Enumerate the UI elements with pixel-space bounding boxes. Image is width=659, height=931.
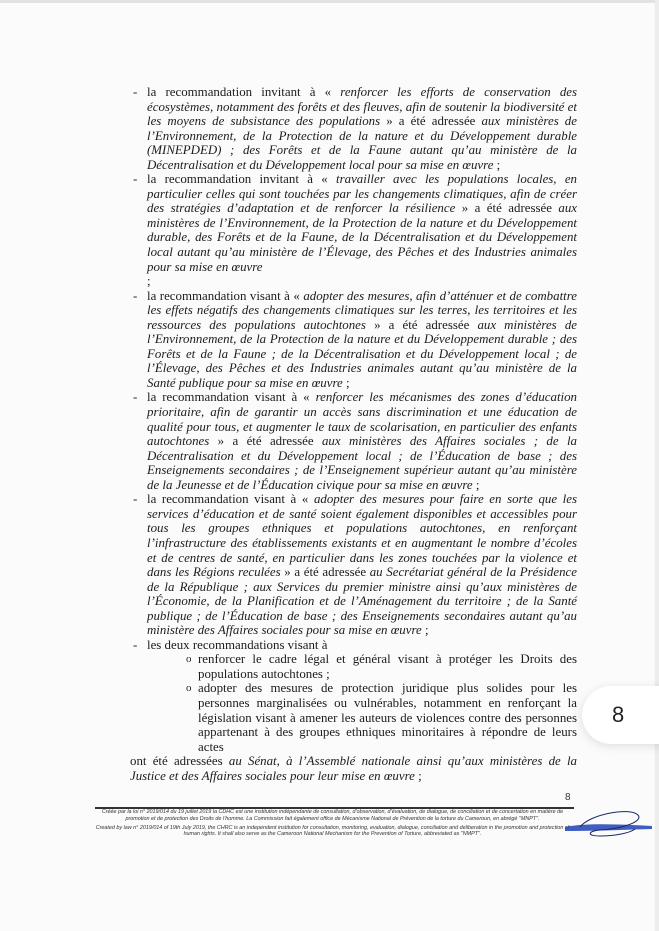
rec-tail: ;	[343, 376, 350, 390]
recommendation-item: la recommandation invitant à « renforcer…	[130, 85, 577, 172]
sub-item: renforcer le cadre légal et général visa…	[198, 652, 577, 681]
rec-lead: la recommandation invitant à «	[147, 172, 336, 186]
viewer-right-edge	[655, 0, 659, 931]
closing-tail: ;	[415, 769, 422, 783]
rec-mid: » a été adressée	[366, 318, 478, 332]
closing-lead: ont été adressées	[130, 754, 229, 768]
recommendation-item: la recommandation visant à « adopter des…	[130, 492, 577, 637]
document-page[interactable]: la recommandation invitant à « renforcer…	[0, 3, 654, 931]
footer-note-english: Created by law n° 2019/014 of 19th July …	[90, 825, 575, 838]
closing-paragraph: ont été adressées au Sénat, à l’Assemblé…	[130, 754, 577, 783]
footer-note-french: Créée par la loi n° 2019/014 du 19 juill…	[90, 809, 575, 822]
page-body: la recommandation invitant à « renforcer…	[130, 85, 577, 783]
page-indicator-number: 8	[612, 702, 624, 728]
rec-tail: ;	[473, 478, 480, 492]
recommendations-list: la recommandation invitant à « renforcer…	[130, 85, 577, 754]
footer-page-number: 8	[565, 792, 571, 803]
rec-mid: » a été adressée	[455, 201, 558, 215]
rec-tail: ;	[147, 274, 151, 288]
rec-lead: la recommandation visant à «	[147, 390, 316, 404]
rec-mid: » a été adressée	[281, 565, 370, 579]
two-recs-lead: les deux recommandations visant à	[147, 638, 327, 652]
two-recs-sublist: renforcer le cadre légal et général visa…	[147, 652, 577, 754]
signature-scribble-icon	[560, 809, 659, 839]
recommendation-item: la recommandation invitant à « travaille…	[130, 172, 577, 288]
recommendation-item: la recommandation visant à « adopter des…	[130, 289, 577, 391]
rec-tail: ;	[422, 623, 429, 637]
rec-tail: ;	[493, 158, 500, 172]
rec-lead: la recommandation invitant à «	[147, 85, 340, 99]
sub-item: adopter des mesures de protection juridi…	[198, 681, 577, 754]
rec-mid: » a été adressée	[209, 434, 322, 448]
recommendation-item-two: les deux recommandations visant à renfor…	[130, 638, 577, 754]
rec-lead: la recommandation visant à «	[147, 492, 314, 506]
page-indicator-badge[interactable]: 8	[582, 686, 659, 744]
rec-lead: la recommandation visant à «	[147, 289, 303, 303]
rec-mid: » a été adressée	[380, 114, 481, 128]
footer-notes: Créée par la loi n° 2019/014 du 19 juill…	[90, 809, 575, 838]
recommendation-item: la recommandation visant à « renforcer l…	[130, 390, 577, 492]
